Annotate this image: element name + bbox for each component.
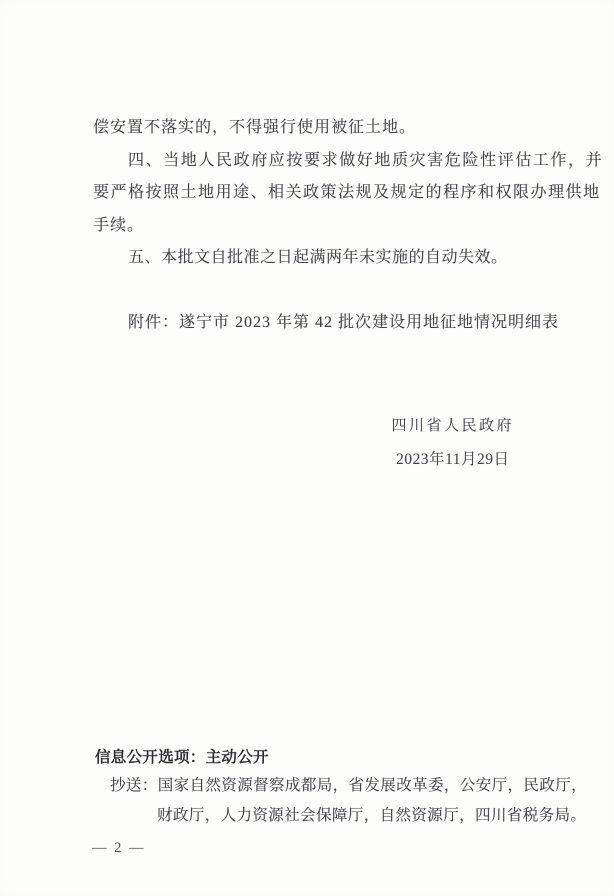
signature-block: 四川省人民政府 2023年11月29日 [391, 410, 514, 476]
page-number: — 2 — [92, 840, 146, 857]
cc-text-1: 国家自然资源督察成都局，省发展改革委，公安厅，民政厅， [158, 777, 587, 794]
cc-line-1: 抄送：国家自然资源督察成都局，省发展改革委，公安厅，民政厅， [110, 771, 588, 801]
body-line-continuation: 偿安置不落实的，不得强行使用被征土地。 [93, 112, 587, 145]
body-line-item-four-cont: 要严格按照土地用途、相关政策法规及规定的程序和权限办理供地 [93, 177, 587, 210]
document-body: 偿安置不落实的，不得强行使用被征土地。 四、当地人民政府应按要求做好地质灾害危险… [93, 112, 587, 340]
issue-date: 2023年11月29日 [391, 443, 514, 476]
body-line-item-five: 五、本批文自批准之日起满两年未实施的自动失效。 [93, 242, 587, 275]
cc-block: 抄送：国家自然资源督察成都局，省发展改革委，公安厅，民政厅， 财政厅，人力资源社… [110, 771, 588, 831]
issuer-name: 四川省人民政府 [391, 410, 514, 443]
document-page: 偿安置不落实的，不得强行使用被征土地。 四、当地人民政府应按要求做好地质灾害危险… [0, 0, 614, 896]
body-line-item-four-end: 手续。 [93, 210, 587, 243]
attachment-line: 附件：遂宁市 2023 年第 42 批次建设用地征地情况明细表 [93, 307, 587, 340]
disclosure-line: 信息公开选项：主动公开 [95, 745, 269, 767]
cc-line-2: 财政厅，人力资源社会保障厅，自然资源厅，四川省税务局。 [110, 801, 588, 831]
cc-text-2: 财政厅，人力资源社会保障厅，自然资源厅，四川省税务局。 [157, 807, 586, 824]
cc-label: 抄送： [110, 777, 158, 794]
body-line-item-four: 四、当地人民政府应按要求做好地质灾害危险性评估工作，并 [93, 145, 587, 178]
